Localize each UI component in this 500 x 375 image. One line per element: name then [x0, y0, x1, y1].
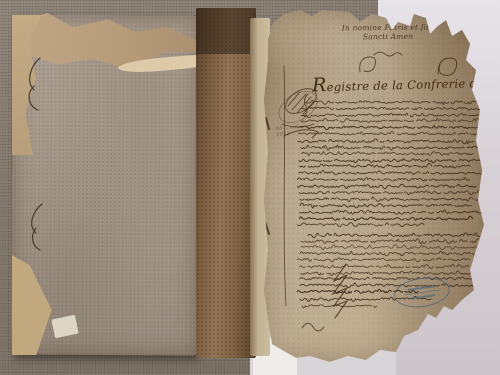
spine-dark-top [196, 8, 256, 54]
invocation-line-2: Sancti Amen [320, 31, 456, 41]
spine-leather [196, 8, 256, 358]
margin-annotation: 487, vol 1932 [275, 124, 299, 138]
archival-manuscript-photo: In nomine Patris et filii Sancti Amen Re… [0, 0, 500, 375]
stamp-text-line [410, 294, 436, 299]
